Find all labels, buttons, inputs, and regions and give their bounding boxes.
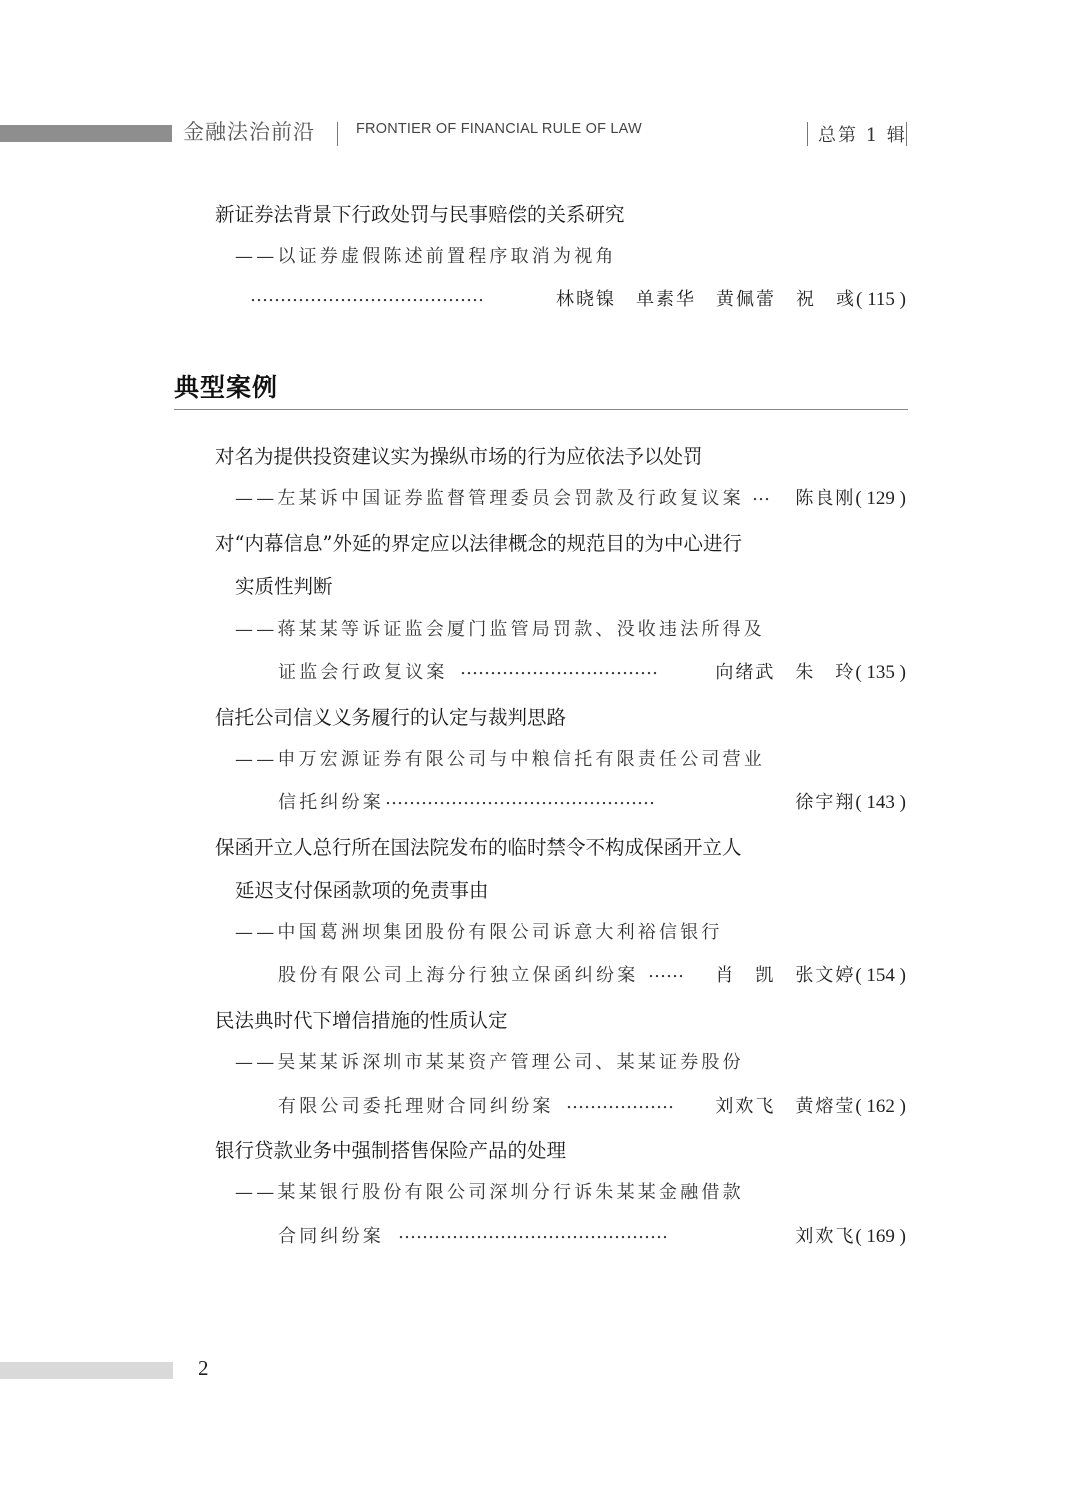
toc-entry-title: 银行贷款业务中强制搭售保险产品的处理	[215, 1135, 566, 1163]
toc-page-number: ( 162 )	[855, 1096, 906, 1117]
toc-entry-subtitle-cont: 股份有限公司上海分行独立保函纠纷案	[278, 961, 638, 987]
toc-leader-dots: ………………………………………	[385, 788, 655, 809]
toc-page-number: ( 115 )	[856, 289, 906, 310]
journal-title-cn: 金融法治前沿	[183, 116, 315, 146]
toc-entry-subtitle-cont: 合同纠纷案	[278, 1222, 384, 1248]
toc-entry-title: 对“内幕信息”外延的界定应以法律概念的规范目的为中心进行	[215, 528, 742, 556]
toc-entry-title-cont: 延迟支付保函款项的免责事由	[235, 875, 489, 903]
toc-entry-title-cont: 实质性判断	[235, 571, 333, 599]
toc-entry-authors: 徐宇翔( 143 )	[795, 788, 906, 814]
toc-entry-subtitle: ——吴某某诉深圳市某某资产管理公司、某某证券股份	[235, 1048, 744, 1074]
header-divider	[337, 122, 338, 146]
toc-entry-authors: 肖 凯 张文婷( 154 )	[715, 961, 906, 987]
issue-divider-right	[906, 122, 907, 146]
toc-entry-authors: 刘欢飞 黄熔莹( 162 )	[715, 1092, 906, 1118]
section-title: 典型案例	[174, 368, 278, 404]
toc-entry-authors: 向绪武 朱 玲( 135 )	[715, 658, 906, 684]
issue-divider-left	[807, 122, 808, 146]
toc-entry-subtitle: ——以证券虚假陈述前置程序取消为视角	[235, 242, 617, 268]
toc-page-number: ( 143 )	[855, 792, 906, 813]
toc-page-number: ( 154 )	[855, 965, 906, 986]
toc-page-number: ( 129 )	[855, 488, 906, 509]
toc-leader-dots: …	[752, 484, 770, 505]
toc-entry-subtitle: ——中国葛洲坝集团股份有限公司诉意大利裕信银行	[235, 918, 723, 944]
toc-entry-authors: 林晓镍 单素华 黄佩蕾 祝 彧( 115 )	[556, 285, 906, 311]
toc-entry-authors: 陈良刚( 129 )	[795, 484, 906, 510]
toc-leader-dots: …………………………………	[250, 285, 484, 306]
toc-entry-title: 信托公司信义义务履行的认定与裁判思路	[215, 702, 566, 730]
toc-entry-title: 民法典时代下增信措施的性质认定	[215, 1005, 508, 1033]
toc-entry-subtitle: ——蒋某某等诉证监会厦门监管局罚款、没收违法所得及	[235, 615, 765, 641]
toc-entry-subtitle: ——某某银行股份有限公司深圳分行诉朱某某金融借款	[235, 1178, 744, 1204]
toc-page-number: ( 135 )	[855, 662, 906, 683]
toc-entry-subtitle-cont: 有限公司委托理财合同纠纷案	[278, 1092, 554, 1118]
toc-entry-subtitle: ——申万宏源证券有限公司与中粮信托有限责任公司营业	[235, 745, 765, 771]
toc-entry-subtitle-cont: 证监会行政复议案	[278, 658, 448, 684]
toc-leader-dots: ………………………………………	[398, 1222, 668, 1243]
toc-entry-authors: 刘欢飞( 169 )	[795, 1222, 906, 1248]
toc-entry-subtitle: ——左某诉中国证券监督管理委员会罚款及行政复议案	[235, 484, 744, 510]
issue-label: 总第 1 辑	[818, 121, 907, 147]
page-number: 2	[198, 1356, 209, 1381]
journal-title-en: FRONTIER OF FINANCIAL RULE OF LAW	[356, 121, 642, 137]
toc-leader-dots: ……………………………	[460, 658, 658, 679]
section-divider	[174, 409, 908, 410]
toc-entry-title: 对名为提供投资建议实为操纵市场的行为应依法予以处罚	[215, 441, 703, 469]
toc-entry-subtitle-cont: 信托纠纷案	[278, 788, 384, 814]
toc-entry-title: 保函开立人总行所在国法院发布的临时禁令不构成保函开立人	[215, 832, 742, 860]
toc-page-number: ( 169 )	[855, 1226, 906, 1247]
toc-leader-dots: ………………	[566, 1092, 674, 1113]
header-decorative-bar	[0, 125, 172, 142]
footer-decorative-bar	[0, 1362, 173, 1379]
toc-leader-dots: ……	[648, 961, 684, 982]
toc-entry-title: 新证券法背景下行政处罚与民事赔偿的关系研究	[215, 199, 625, 227]
